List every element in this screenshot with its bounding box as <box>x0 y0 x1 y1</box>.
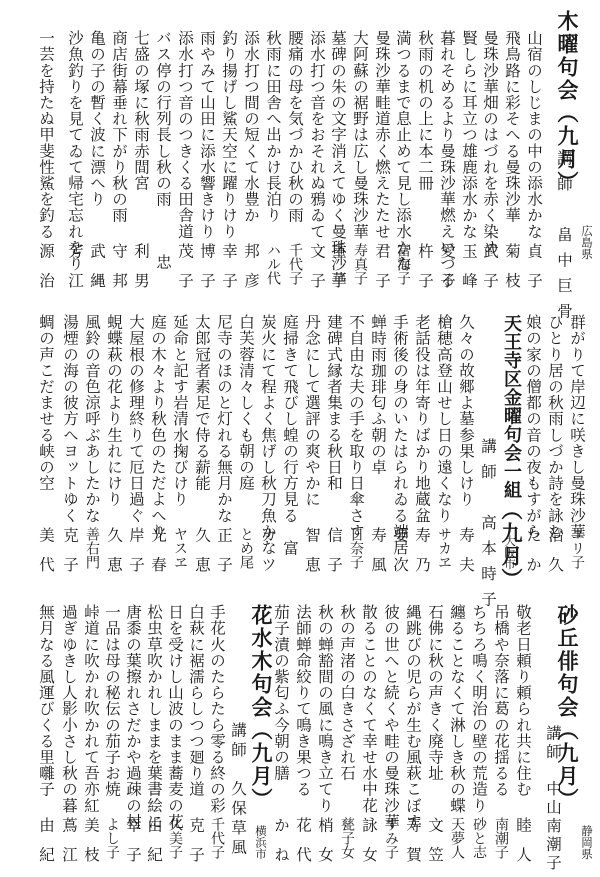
lecturer-line: 講師 久保草風 <box>228 722 248 859</box>
band-bottom: 砂丘俳句会（九月） 静岡県 講師 中山南潮子 敬老日頼り頼られ共に住む 吊橋や奈… <box>0 580 600 877</box>
poem-author: 由紀 <box>144 817 164 876</box>
poem: 炭火にて程よく焦げし秋刀魚かな <box>258 314 278 556</box>
poem-author: 美枝 <box>81 817 101 876</box>
poem: 蜆蝶萩の花より生れにけり <box>104 314 124 507</box>
poem: 久々の故郷よ墓参果しけり <box>456 314 476 507</box>
poem: 庭掃きて飛びし蝗の行方見る <box>280 314 300 523</box>
poem-author: 智恵 <box>302 527 322 586</box>
poem: 湯煙の海の彼方へヨットゆく <box>60 314 80 523</box>
poem: 老話役は年寄りばかり地蔵盆 <box>412 314 432 523</box>
poem-author: 千代子 <box>285 243 305 285</box>
poem: 延命と記す岩清水掬びけり <box>170 314 190 507</box>
poem: 庭の木々より秋色のただよへり <box>148 314 168 539</box>
poem: 丹念にして選評の爽やかに <box>302 314 322 507</box>
poem-author: 詠女 <box>359 817 379 876</box>
poem-author: 千代子 <box>207 817 227 859</box>
poem: 七盛の塚に秋雨赤間宮 <box>131 30 151 191</box>
poem: 纏ることなくて淋しき秋の蝶 <box>447 604 467 813</box>
poem: 太郎冠者素足で侍る薪能 <box>192 314 212 491</box>
band-middle: 群がりて岸辺に咲きし曼珠沙華 ひとり居の秋雨しづか詩を詠む 娘の家の僧都の音の夜… <box>0 290 600 580</box>
poem: 釣り揚げし鯊天空に躍りけり <box>219 30 239 239</box>
poem: ひとり居の秋雨しづか詩を詠む <box>545 314 565 539</box>
poem: 尼寺のほのと灯れる無月かな <box>214 314 234 523</box>
poem-author: 花代 <box>293 817 313 876</box>
poem-author: 光春 <box>148 527 168 586</box>
poem: 彼の世へと続くや畦の曼珠沙華 <box>381 604 401 829</box>
poem: 過ぎゆきし人影小さし秋の暮 <box>59 604 79 813</box>
poem-author: サカヱ <box>434 527 454 569</box>
section-title: 花水木句会 <box>249 604 274 719</box>
poem-author: 久美子 <box>165 817 185 859</box>
poem-author: 要次 <box>390 527 410 586</box>
poem-author: 美代 <box>36 527 56 586</box>
poem: ちちろ鳴く明治の壁の荒造り <box>469 604 489 813</box>
poem: 風鈴の音色涼呼ぶあしたかな <box>82 314 102 523</box>
poem: 沙魚釣りを見てゐて帰宅忘れをり <box>65 30 85 272</box>
poem: 添水打つ音のつきくる田舎道 <box>175 30 195 239</box>
poem: 飛鳥路に彩そへる曼珠沙華 <box>502 30 522 223</box>
poem: 賢しらに耳立つ雄鹿添水かな <box>459 30 479 239</box>
poem: 松虫草吹かれしままを葉書絵に <box>144 604 164 829</box>
poem: 茄子漬の紫匂ふ今朝の膳 <box>271 604 291 781</box>
poem: 無月なる風運びくる里囃子 <box>36 604 56 797</box>
poem: 峠道に吹かれ吹かれて吾亦紅 <box>81 604 101 813</box>
poem-author: 幸子 <box>123 817 143 876</box>
poem-author: 砂と志 <box>469 817 489 859</box>
poem: 手術後の身のいたはられゐる端居 <box>390 314 410 556</box>
poem: 蝉時雨珈琲匂ふ朝の卓 <box>368 314 388 475</box>
poem-author: 蔦江 <box>59 817 79 876</box>
poem: 添水打つ音をおそれぬ鴉ゐて <box>307 30 327 239</box>
poem: 日を受けし山波のまま蕎麦の花 <box>165 604 185 829</box>
section-title: 木曜句会 <box>555 10 580 102</box>
poem-author: すみ子 <box>381 817 401 859</box>
poem-author: ユリ子 <box>567 527 587 569</box>
poem: 群がりて岸辺に咲きし曼珠沙華 <box>567 314 587 539</box>
section-title: 砂丘俳句会 <box>555 604 580 719</box>
section-month: （九月） <box>249 719 274 811</box>
section-prefecture: 大阪市 <box>503 535 517 570</box>
poem-author: 富 <box>280 540 300 556</box>
poem-author: 善右門 <box>82 527 102 569</box>
poem: 一芸を持たぬ甲斐性鯊を釣る <box>36 30 56 239</box>
poem-author: 睦人 <box>513 817 533 876</box>
poem-author: 南潮子 <box>491 817 511 859</box>
poem: 秋の声渚の白きさざれ石 <box>337 604 357 781</box>
poem: 建碑式縁者集まる秋日和 <box>324 314 344 491</box>
poem: 手花火のたらたら零る終の彩 <box>207 604 227 813</box>
poem: 大屋根の修理終りて厄日過ぐ <box>126 314 146 523</box>
poem-author: 克子 <box>186 817 206 876</box>
poem: 石佛に秋の声きく廃寺址 <box>425 604 445 781</box>
poem: 曼珠沙華畦道赤く燃えたたせ <box>372 30 392 239</box>
poem: 白萩に裾濡らしつつ廻り道 <box>186 604 206 797</box>
poem: 添水打つ間の短くて水豊か <box>241 30 261 223</box>
poem: 法師蝉命絞りて鳴き果つる <box>293 604 313 797</box>
poem: 雨やみて山田に添水響きけり <box>197 30 217 239</box>
poem-author: 克子 <box>60 527 80 586</box>
poem: 曼珠沙華畑のはづれを赤く染め <box>480 30 500 255</box>
poem-author: 文笠 <box>425 817 445 876</box>
poem: 縄跳びの児らが生む風萩こぼす <box>403 604 423 829</box>
poem-author: 忠 <box>153 254 173 270</box>
poem-author: 岸子 <box>126 527 146 586</box>
poem-author: かね <box>271 817 291 876</box>
poem: 秋雨に田舎へ出かけ長泊り <box>263 30 283 223</box>
poem: 蜩の声こだませる峡の空 <box>36 314 56 491</box>
band-top: 広島県 木曜句会（九月） 講師 畠中巨骨 山宿のしじまの中の添水かな 飛鳥路に彩… <box>0 0 600 290</box>
poem-author: よし子 <box>102 817 122 859</box>
poem-author: 正子 <box>214 527 234 586</box>
poem-author: ハル代 <box>263 243 283 285</box>
poem-author: 日奈子 <box>346 527 366 569</box>
poem: 散ることのなくて幸せ水中花 <box>359 604 379 813</box>
poem-author: 天夢人 <box>447 817 467 859</box>
poem: 亀の子の暫く波に漂へり <box>87 30 107 207</box>
poem-author: ヤスヱ <box>170 527 190 569</box>
section-prefecture: 広島県 <box>580 225 594 260</box>
poem-author: 寿風 <box>368 527 388 586</box>
poem-author: 久恵 <box>192 527 212 586</box>
section-title: 天王寺区金曜句会一組 <box>501 314 522 499</box>
poem: 商店街幕垂れ下がり秋の雨 <box>109 30 129 223</box>
poem: 敬老日頼り頼られ共に住む <box>513 604 533 797</box>
section-prefecture: 横浜市 <box>254 825 268 860</box>
poem: 大阿蘇の裾野は広し曼珠沙華 <box>350 30 370 239</box>
poem-author: 寿賀 <box>403 817 423 876</box>
poem-author: 梢女 <box>315 817 335 876</box>
poem-author: 治久 <box>545 527 565 586</box>
poem: 山宿のしじまの中の添水かな <box>524 30 544 239</box>
poem-author: カツ <box>258 527 278 586</box>
poem-author: 信子 <box>324 527 344 586</box>
poem: 満つるまで息止めて見し添水かな <box>393 30 413 272</box>
poem-author: 寿乃 <box>412 527 432 586</box>
poem: 腰痛の母を気づかひ秋の雨 <box>285 30 305 223</box>
poem: 秋雨の机の上に本二冊 <box>415 30 435 191</box>
poem: 吊橋や奈落に葛の花揺るる <box>491 604 511 797</box>
lecturer-line: 講師 中山南潮子 <box>543 725 563 873</box>
poem-author: 甆子女 <box>337 817 357 859</box>
poem-author: 由紀 <box>36 817 56 876</box>
poem: 秋の蝉豁間の風に鳴き立てり <box>315 604 335 813</box>
poem: 一品は母の秘伝の茄子お焼 <box>102 604 122 797</box>
poem-author: 久恵 <box>104 527 124 586</box>
poem-author: 寿真子 <box>350 243 370 285</box>
poem: 娘の家の僧都の音の夜もすがら <box>523 314 543 539</box>
poem: バス停の行列長し秋の雨 <box>153 30 173 207</box>
poem: 不自由な夫の手を取り日傘さす <box>346 314 366 539</box>
poem-author: たか <box>523 527 543 586</box>
poem-author: 富海子 <box>393 243 413 285</box>
section-prefecture: 静岡県 <box>580 825 594 860</box>
poem: 白芙蓉清々しくも朝の庭 <box>236 314 256 491</box>
section-header-hanamizuki: 花水木句会（九月） <box>246 604 272 811</box>
poem-author: 寿夫 <box>456 527 476 586</box>
poem: 唐黍の葉擦れさだかや過疎の村 <box>123 604 143 829</box>
poem: 槍穂高登山せし日の遠くなり <box>434 314 454 523</box>
poem-author: とめ尾 <box>236 527 256 569</box>
